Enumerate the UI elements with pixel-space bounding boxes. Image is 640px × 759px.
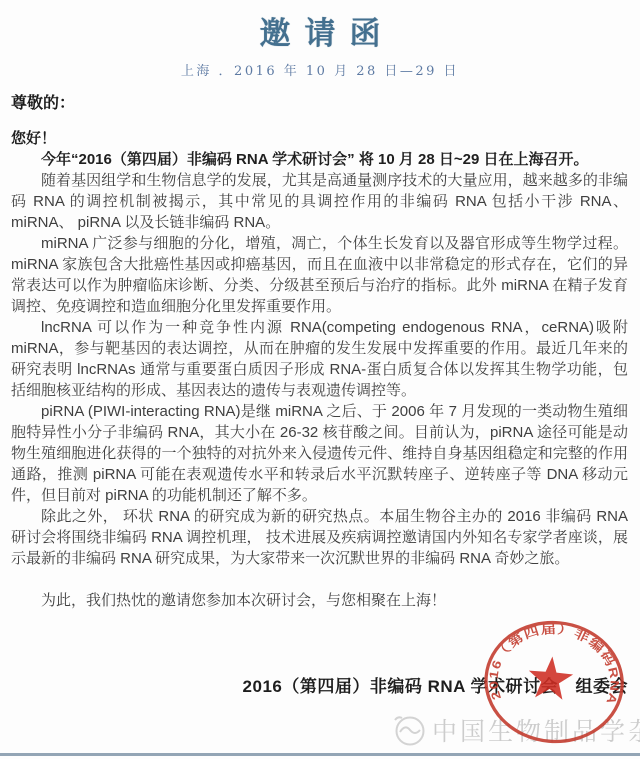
- journal-watermark: 中国生物制品学杂志: [392, 712, 640, 748]
- paragraph-mirna: miRNA 广泛参与细胞的分化，增殖，凋亡，个体生长发育以及器官形成等生物学过程…: [11, 233, 628, 317]
- bottom-divider: [0, 753, 640, 756]
- letter-body: 尊敬的： 您好！ 今年“2016（第四届）非编码 RNA 学术研讨会” 将 10…: [0, 79, 640, 611]
- paragraph-lncrna: lncRNA 可以作为一种竞争性内源 RNA(competing endogen…: [11, 317, 628, 401]
- event-date-line: 上海 ．2016 年 10 月 28 日—29 日: [0, 60, 640, 79]
- letter-header: 邀请函 上海 ．2016 年 10 月 28 日—29 日: [0, 0, 640, 79]
- paragraph-circular-rna: 除此之外， 环状 RNA 的研究成为新的研究热点。本届生物谷主办的 2016 非…: [11, 506, 628, 569]
- closing-invitation: 为此，我们热忱的邀请您参加本次研讨会，与您相聚在上海！: [11, 590, 628, 611]
- invitation-letter-page: 邀请函 上海 ．2016 年 10 月 28 日—29 日 尊敬的： 您好！ 今…: [0, 0, 640, 759]
- journal-watermark-text: 中国生物制品学杂志: [432, 712, 640, 748]
- page-title: 邀请函: [0, 8, 640, 53]
- salutation: 尊敬的：: [11, 93, 628, 115]
- paragraph-noncoding-rna-overview: 随着基因组学和生物信息学的发展，尤其是高通量测序技术的大量应用，越来越多的非编码…: [11, 170, 628, 233]
- paragraph-pirna: piRNA (PIWI-interacting RNA)是继 miRNA 之后、…: [11, 401, 628, 506]
- journal-logo-icon: [392, 713, 426, 747]
- opening-announcement: 今年“2016（第四届）非编码 RNA 学术研讨会” 将 10 月 28 日~2…: [11, 149, 628, 170]
- organizing-committee-signature: 2016（第四届）非编码 RNA 学术研讨会 组委会: [243, 672, 628, 697]
- greeting: 您好！: [11, 128, 628, 149]
